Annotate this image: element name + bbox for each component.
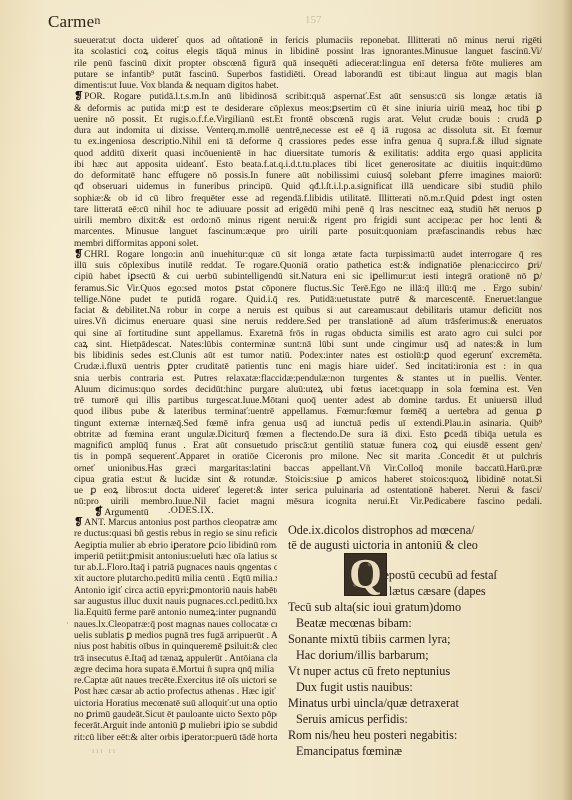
text-line: tingunt externæ internæq̄.Sed fœmē infra… [74, 418, 542, 429]
text-line: do deformitatē hanc effugere nō possis.I… [74, 170, 542, 181]
text-line: putare se infantib⁹ putāt fascinū. Super… [74, 69, 542, 80]
verse-line: Vt nuper actus cū freto neptunius [288, 663, 548, 679]
text-line: ita scolastici coꝝ coitus elegis tāquā m… [74, 46, 542, 57]
text-line: fecerāt.Arguit inde antoniū ꝑ muliebri i… [74, 720, 277, 731]
text-line: dimentis:ut Iuue. Vox blanda & nequam di… [74, 80, 542, 91]
paragraph-mark-icon: ❡ [74, 249, 83, 260]
folio-number-bleedthrough: 157 [305, 14, 322, 26]
text-line: membri difformitas apponi solet. [74, 238, 542, 249]
text-line: nius post habitis oībus in quinqueremē ꝑ… [74, 641, 277, 652]
text-line: ❡ANT. Marcus antonius post parthos cleop… [74, 517, 277, 528]
verse-line: Vādo repostū cecubū ad festaſ [288, 567, 548, 583]
text-line: quod additū dixerit quasi incōuenientē i… [74, 148, 542, 159]
text-line: Crudæ.i.fluxū uentris ꝑpter cruditatē pa… [74, 361, 542, 372]
text-line: ægre decima hora supata ē.Mortui ñ supra… [74, 664, 277, 675]
text-line: uelis sublatis ꝑ medios pugnā tres fugā … [74, 630, 277, 641]
text-line: uirili membro dixit:& est ordo:nō minus … [74, 215, 542, 226]
marginal-mark: · [66, 618, 69, 628]
text-line: feramus.Sic Vir.Quos ego:sed motos ꝑstat… [74, 283, 542, 294]
text-line: sueuerat:ut docta uidereť quos ad oñtati… [74, 35, 542, 46]
text-line: ❡CHRI. Rogare longo:in anū inuehitur:quæ… [74, 249, 542, 260]
text-line: quod ilibus pube & lateribus terminať:ue… [74, 406, 542, 417]
text-line: qđ obseruari uidemus in funeribus princi… [74, 181, 542, 192]
text-line: tis in pompā sequerenť.Apparet in oratiō… [74, 451, 542, 462]
odes-label: .ODES.IX. [168, 505, 214, 516]
ode-title-line: patram. [288, 552, 548, 567]
text-line: rit:cū liber eēt:& alter orbis iꝑerator:… [74, 732, 277, 743]
text-line: imperiū petiit:ꝑmisit antonius:ueluti hæ… [74, 551, 277, 562]
text-line: tellige.Nōne pudet te putidā rogare. Qui… [74, 294, 542, 305]
text-line: marcentes. Minusue languet fascinum:æque… [74, 226, 542, 237]
text-line: magnificū amplūq̄ funus . Erat aūt consu… [74, 440, 542, 451]
text-line: ue ꝑ eoꝝ libros:ut docta uidereť legeret… [74, 485, 542, 496]
verse-line: Rom nis/heu heu posteri negabitis: [288, 727, 548, 743]
verse-line: Emancipatus fœminæ [288, 743, 548, 759]
verse-line: Tecū sub alta(sic ioui gratum)domo [288, 599, 548, 615]
footer-bleedthrough-mark: ııı ıı [92, 746, 117, 755]
text-line: tur ab.L.Floro.Itaq̄ i patriā pugnaces n… [74, 562, 277, 573]
paragraph-mark-icon: ❡ [74, 91, 83, 102]
text-line: uires.Vñ dicimus eneruare quasi sine ner… [74, 316, 542, 327]
text-line: xit auctore plutarcho.peditū milia centū… [74, 573, 277, 584]
text-line: rile penū fascinū dixit propter obscœnā … [74, 58, 542, 69]
text-line: dura aut indomita ui dixisse. Venterq.m.… [74, 125, 542, 136]
text-line: snia uerbis contraria est. Putres relaxa… [74, 373, 542, 384]
verse-line: Hac dorium/illis barbarum; [288, 647, 548, 663]
text-line: trā insecutus ē.Itaq̄ ad tænaꝝ appulerūt… [74, 653, 277, 664]
text-line: sar augustus illuc duxit nauis pugnaces.… [74, 596, 277, 607]
verse-line: Minatus urbi uincla/quæ detraxerat [288, 695, 548, 711]
text-line: trē tumorē qui illis partibus turgescat.… [74, 395, 542, 406]
text-line: orneť unionibus.Has græci margaritas:lat… [74, 463, 542, 474]
running-head-title: Carme [48, 12, 94, 31]
ode-title-line: tē de augusti uictoria in antoniū & cleo [288, 537, 548, 552]
text-line: no ꝑrimū gaudeāt.Sicut ēt pauloante uict… [74, 709, 277, 720]
text-line: Aluum dicimus:quo sordes decidūt:hinc pu… [74, 384, 542, 395]
verse-line: Beatæ mecœnas bibam: [288, 615, 548, 631]
commentary-left-column: ❡ANT. Marcus antonius post parthos cleop… [74, 517, 277, 743]
text-line: bis libidinis sedes est.Clunis aūt est t… [74, 350, 542, 361]
initial-letter: Q [349, 555, 382, 595]
text-line: uenire nō possit. Et rugis.o.f.f.e.Virgi… [74, 114, 542, 125]
commentary-top: sueuerat:ut docta uidereť quos ad oñtati… [74, 35, 542, 508]
text-line: tare litteratā eē:cū nihil hoc te adiuua… [74, 204, 542, 215]
text-line: uictoria Horatius mecœnatē suū alloquiť:… [74, 698, 277, 709]
text-line: cipiū habet iꝑsectū & cui uerbū subintel… [74, 271, 542, 282]
text-line: re ductus:quasi bñ gestis rebus in regio… [74, 528, 277, 539]
verse-line: Sonante mixtū tibiis carmen lyra; [288, 631, 548, 647]
decorated-initial: Q [344, 553, 387, 596]
text-line: faciat & debilitet.Nā robur in corpe a n… [74, 305, 542, 316]
text-line: cipua gratia est:ut & lucidæ sint & rotu… [74, 474, 542, 485]
text-line: sophiæ:& ob id cū libro frequēter esse a… [74, 193, 542, 204]
section-heading: ❡Argumentū .ODES.IX. [74, 505, 314, 517]
running-head: Carmen [48, 12, 101, 32]
verse-line: Dux fugit ustis nauibus: [288, 679, 548, 695]
verse-line: Victore lætus cæsare (dapes [288, 583, 548, 599]
text-line: illū suis cōplexibus inutilē reddat. Te … [74, 260, 542, 271]
ode-column: Ode.ix.dicolos distrophos ad mœcena/ tē … [288, 522, 548, 759]
page-edge-shadow [562, 0, 572, 800]
text-line: obtritæ ad fœmina erant ungulæ.Diciturq̄… [74, 429, 542, 440]
ode-title-line: Ode.ix.dicolos distrophos ad mœcena/ [288, 522, 548, 537]
text-line: naues.lx.Cleopatræ:q̄ post magnas naues … [74, 619, 277, 630]
paragraph-mark-icon: ❡ [74, 517, 83, 528]
verse-line: Seruis amicus perfidis: [288, 711, 548, 727]
text-line: tu ex.ingeniosa descriptio.Nihil eni tā … [74, 136, 542, 147]
text-line: re.Captæ aūt naues trecēte.Exercitus itē… [74, 675, 277, 686]
text-line: Antonio igiť circa actiū epyri:ꝑmontoriū… [74, 585, 277, 596]
text-line: Post hæc cæsar ab actio profectus athena… [74, 686, 277, 697]
running-head-title-tail: n [94, 13, 100, 27]
text-line: Aegiptia mulier ab ebrio iꝑeratore ꝑcio … [74, 540, 277, 551]
text-line: & deformis ac putida mi:ꝑ est te desider… [74, 103, 542, 114]
text-line: ❡POR. Rogare putidā.l.t.s.m.In anū libid… [74, 91, 542, 102]
text-line: caꝝ sint. Hietpādescat. Nates:lūbis cont… [74, 339, 542, 350]
text-line: lia.Equitū ferme parē antonio numeꝝ:inte… [74, 607, 277, 618]
text-line: qui sine aī fortitudine sunt appellamus.… [74, 328, 542, 339]
text-line: ibi hæc aut apposita uideanť. Esto beata… [74, 159, 542, 170]
